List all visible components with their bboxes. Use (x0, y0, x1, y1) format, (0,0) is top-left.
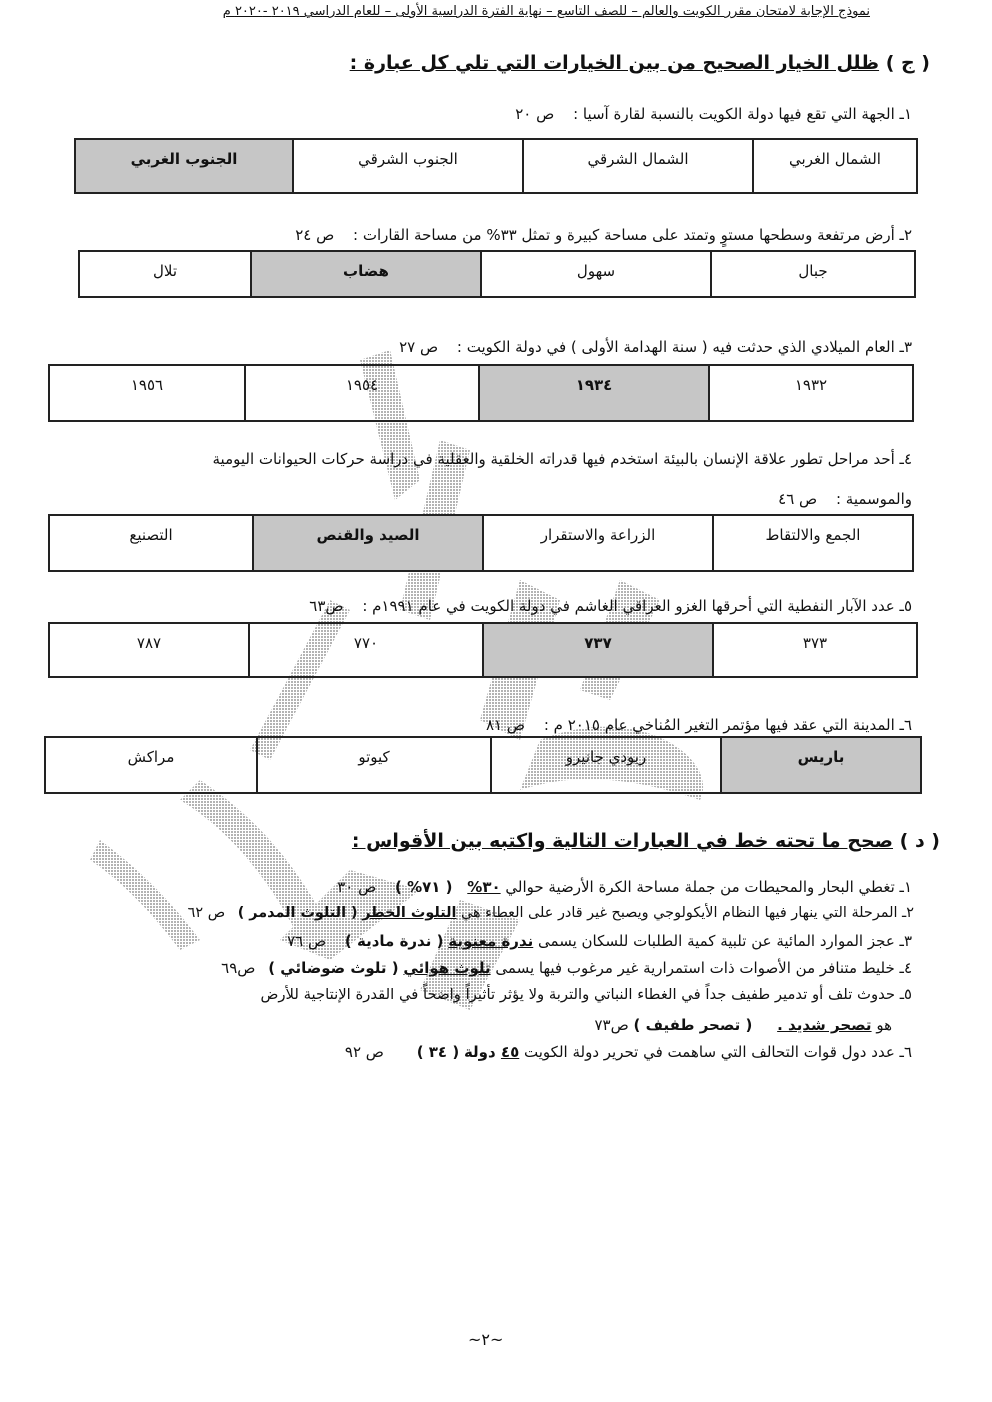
underlined-term: ندرة معنوية (448, 932, 533, 950)
section-d-instructions: صحح ما تحته خط في العبارات التالية واكتب… (352, 830, 893, 852)
option[interactable]: الجمع والالتقاط (713, 515, 913, 571)
option[interactable]: الجنوب الشرقي (293, 139, 523, 193)
question-text: ٢ـ أرض مرتفعة وسطحها مستوٍ وتمتد على مسا… (353, 226, 912, 244)
option[interactable]: ريودي جانيرو (491, 737, 721, 793)
page-ref: ص ٢٠ (515, 105, 554, 123)
options-table-3: ١٩٣٢ ١٩٣٤ ١٩٥٤ ١٩٥٦ (48, 364, 914, 422)
correction-item-1: ١ـ تغطي البحار والمحيطات من جملة مساحة ا… (337, 878, 912, 896)
options-table-5: ٣٧٣ ٧٣٧ ٧٧٠ ٧٨٧ (48, 622, 918, 678)
underlined-term: تلوث هوائي (403, 959, 490, 977)
question-text: ٣ـ العام الميلادي الذي حدثت فيه ( سنة ال… (457, 338, 912, 356)
question-5: ٥ـ عدد الآبار النفطية التي أحرقها الغزو … (309, 597, 912, 615)
option[interactable]: مراكش (45, 737, 257, 793)
underlined-term: ٤٥ (501, 1043, 519, 1061)
option[interactable]: تلال (79, 251, 251, 297)
option[interactable]: الشمال الغربي (753, 139, 917, 193)
option-selected[interactable]: باريس (721, 737, 921, 793)
option[interactable]: ١٩٥٤ (245, 365, 479, 421)
corrected-answer: ( تصحر طفيف ) (634, 1016, 753, 1034)
statement-text: ٣ـ عجز الموارد المائية عن تلبية كمية الط… (533, 932, 912, 950)
correction-item-6: ٦ـ عدد دول قوات التحالف التي ساهمت في تح… (345, 1043, 912, 1061)
option[interactable]: جبال (711, 251, 915, 297)
section-d-label: ( د ) (900, 830, 940, 852)
correction-item-5-continued: هو تصحر شديد . ( تصحر طفيف ) ص٧٣ (594, 1016, 892, 1034)
page-ref: ص ٦٢ (188, 905, 225, 921)
page-ref: ص٧٣ (594, 1016, 628, 1034)
section-d-title: ( د ) صحح ما تحته خط في العبارات التالية… (352, 830, 940, 852)
options-table-4: الجمع والالتقاط الزراعة والاستقرار الصيد… (48, 514, 914, 572)
statement-text: ٥ـ حدوث تلف أو تدمير طفيف جداً في الغطاء… (261, 986, 913, 1003)
statement-text: ١ـ تغطي البحار والمحيطات من جملة مساحة ا… (501, 878, 912, 896)
corrected-answer: ( التلوث المدمر ) (238, 905, 358, 921)
statement-text: ٤ـ خليط متنافر من الأصوات ذات استمرارية … (491, 959, 912, 977)
option[interactable]: سهول (481, 251, 711, 297)
options-table-6: باريس ريودي جانيرو كيوتو مراكش (44, 736, 922, 794)
question-4: ٤ـ أحد مراحل تطور علاقة الإنسان بالبيئة … (213, 450, 913, 468)
statement-text: ٢ـ المرحلة التي ينهار فيها النظام الأيكو… (456, 905, 914, 921)
statement-text: دولة (464, 1043, 501, 1061)
options-table-1: الشمال الغربي الشمال الشرقي الجنوب الشرق… (74, 138, 918, 194)
question-2: ٢ـ أرض مرتفعة وسطحها مستوٍ وتمتد على مسا… (295, 226, 912, 244)
options-table-2: جبال سهول هضاب تلال (78, 250, 916, 298)
option-selected[interactable]: الصيد والقنص (253, 515, 483, 571)
option[interactable]: الزراعة والاستقرار (483, 515, 713, 571)
page-ref: ص ٣٠ (337, 878, 376, 896)
corrected-answer: ( تلوث ضوضائي ) (268, 959, 398, 977)
correction-item-4: ٤ـ خليط متنافر من الأصوات ذات استمرارية … (221, 959, 912, 977)
option[interactable]: الشمال الشرقي (523, 139, 753, 193)
underlined-term: تصحر شديد . (777, 1016, 871, 1034)
page-ref: ص ٢٧ (399, 338, 438, 356)
statement-text: ٦ـ عدد دول قوات التحالف التي ساهمت في تح… (519, 1043, 912, 1061)
page-ref: ص ٨١ (486, 716, 525, 734)
corrected-answer: ( ٧١% ) (395, 878, 453, 896)
question-4-continued: والموسمية : ص ٤٦ (778, 490, 912, 508)
correction-item-2: ٢ـ المرحلة التي ينهار فيها النظام الأيكو… (188, 905, 914, 921)
question-text: ٤ـ أحد مراحل تطور علاقة الإنسان بالبيئة … (213, 450, 913, 468)
correction-item-5: ٥ـ حدوث تلف أو تدمير طفيف جداً في الغطاء… (261, 986, 913, 1003)
option[interactable]: ٧٧٠ (249, 623, 483, 677)
underlined-term: ٣٠% (467, 878, 500, 896)
underlined-term: التلوث الخطر (362, 905, 456, 921)
option[interactable]: ١٩٥٦ (49, 365, 245, 421)
option[interactable]: ٧٨٧ (49, 623, 249, 677)
option-selected[interactable]: ٧٣٧ (483, 623, 713, 677)
watermark-signature (0, 0, 992, 1402)
page-ref: ص٦٩ (221, 959, 255, 977)
document-header: نموذج الإجابة لامتحان مقرر الكويت والعال… (120, 4, 870, 19)
question-text: ٦ـ المدينة التي عقد فيها مؤتمر التغير ال… (544, 716, 912, 734)
section-c-instructions: ظلل الخيار الصحيح من بين الخيارات التي ت… (350, 52, 879, 74)
statement-text: هو (872, 1016, 892, 1034)
page-ref: ص ٩٢ (345, 1043, 384, 1061)
question-1: ١ـ الجهة التي تقع فيها دولة الكويت بالنس… (515, 105, 912, 123)
section-c-title: ( ج ) ظلل الخيار الصحيح من بين الخيارات … (350, 52, 930, 74)
question-6: ٦ـ المدينة التي عقد فيها مؤتمر التغير ال… (486, 716, 912, 734)
corrected-answer: ( ٣٤ ) (417, 1043, 459, 1061)
question-text: ٥ـ عدد الآبار النفطية التي أحرقها الغزو … (362, 597, 912, 615)
option-selected[interactable]: الجنوب الغربي (75, 139, 293, 193)
page-ref: ص ٤٦ (778, 490, 817, 508)
page-ref: ص ٢٤ (295, 226, 334, 244)
question-text: والموسمية : (836, 490, 912, 508)
section-c-label: ( ج ) (886, 52, 930, 74)
correction-item-3: ٣ـ عجز الموارد المائية عن تلبية كمية الط… (287, 932, 912, 950)
question-3: ٣ـ العام الميلادي الذي حدثت فيه ( سنة ال… (399, 338, 912, 356)
option[interactable]: ٣٧٣ (713, 623, 917, 677)
corrected-answer: ( ندرة مادية ) (345, 932, 444, 950)
question-text: ١ـ الجهة التي تقع فيها دولة الكويت بالنس… (573, 105, 912, 123)
page-ref: ص٦٣ (309, 597, 343, 615)
option[interactable]: ١٩٣٢ (709, 365, 913, 421)
page-ref: ص ٧٦ (287, 932, 326, 950)
option-selected[interactable]: ١٩٣٤ (479, 365, 709, 421)
page-number: ~٢~ (468, 1330, 503, 1349)
option[interactable]: كيوتو (257, 737, 491, 793)
option-selected[interactable]: هضاب (251, 251, 481, 297)
option[interactable]: التصنيع (49, 515, 253, 571)
